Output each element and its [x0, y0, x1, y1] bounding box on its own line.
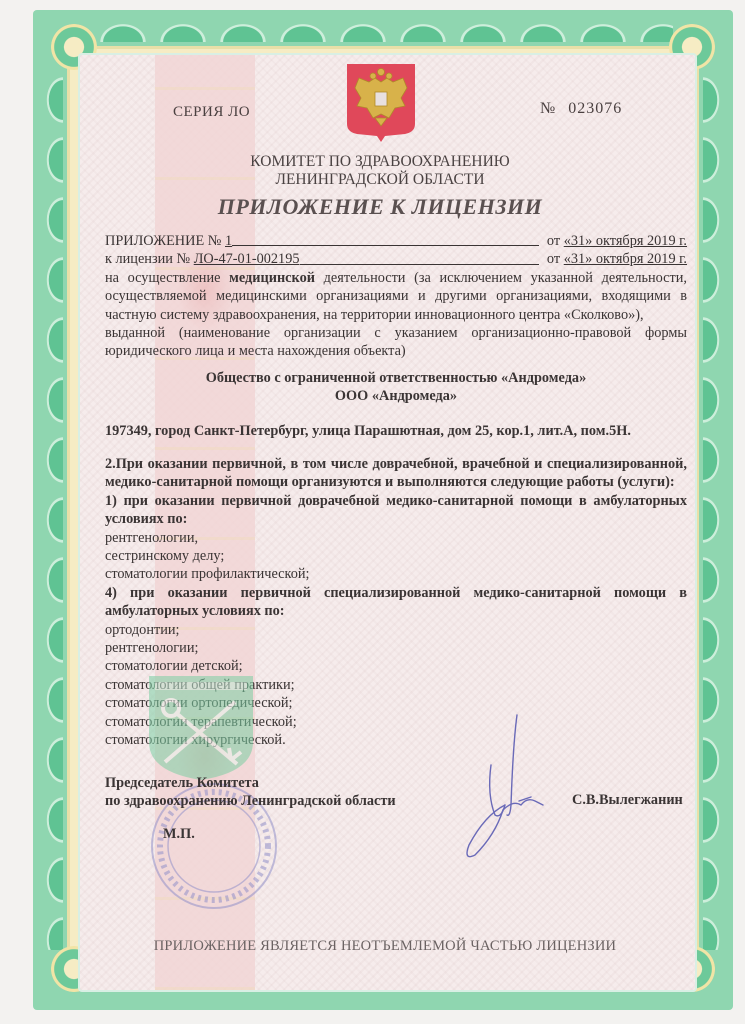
- service-item: рентгенологии,: [105, 529, 687, 547]
- signer-name: С.В.Вылегжанин: [572, 792, 683, 809]
- border-scallop-left: [37, 70, 63, 950]
- footer-note: ПРИЛОЖЕНИЕ ЯВЛЯЕТСЯ НЕОТЪЕМЛЕМОЙ ЧАСТЬЮ …: [120, 938, 650, 955]
- seal-label: М.П.: [163, 826, 195, 843]
- license-number: ЛО-47-01-002195: [194, 251, 300, 267]
- signer-position: Председатель Комитета по здравоохранению…: [105, 774, 396, 811]
- appendix-date: от «31» октября 2019 г.: [547, 232, 687, 250]
- issuer-line-1: КОМИТЕТ ПО ЗДРАВООХРАНЕНИЮ: [180, 153, 580, 171]
- issuing-authority: КОМИТЕТ ПО ЗДРАВООХРАНЕНИЮ ЛЕНИНГРАДСКОЙ…: [180, 153, 580, 189]
- series-label: СЕРИЯ ЛО: [173, 104, 250, 121]
- number-sign: №: [540, 100, 556, 117]
- activity-kind: медицинской: [229, 270, 315, 286]
- position-line-2: по здравоохранению Ленинградской области: [105, 792, 396, 810]
- appendix-number-line: ПРИЛОЖЕНИЕ № 1 от «31» октября 2019 г.: [105, 232, 687, 250]
- issuer-line-2: ЛЕНИНГРАДСКОЙ ОБЛАСТИ: [180, 171, 580, 189]
- organization-address: 197349, город Санкт-Петербург, улица Пар…: [105, 422, 687, 440]
- organization-full-name: Общество с ограниченной ответственностью…: [105, 369, 687, 387]
- leningrad-region-arms-icon: [145, 672, 257, 782]
- organization-name: Общество с ограниченной ответственностью…: [105, 369, 687, 406]
- border-scallop-top: [93, 14, 673, 42]
- services-intro: 2.При оказании первичной, в том числе до…: [105, 455, 687, 492]
- appendix-number: 1: [225, 233, 232, 249]
- service-item: рентгенологии;: [105, 639, 687, 657]
- fill-line: [232, 232, 539, 246]
- number-value: 023076: [568, 100, 622, 117]
- license-number-line: к лицензии № ЛО-47-01-002195 от «31» окт…: [105, 250, 687, 268]
- license-date: от «31» октября 2019 г.: [547, 250, 687, 268]
- appendix-fields: ПРИЛОЖЕНИЕ № 1 от «31» октября 2019 г. к…: [105, 232, 687, 361]
- services-section-1-heading: 1) при оказании первичной доврачебной ме…: [105, 492, 687, 529]
- issued-note: выданной (наименование организации с ука…: [105, 324, 687, 361]
- coat-of-arms-russia-icon: [345, 62, 417, 144]
- activity-description: на осуществление медицинской деятельност…: [105, 269, 687, 324]
- service-item: сестринскому делу;: [105, 547, 687, 565]
- document-number: №023076: [540, 100, 622, 118]
- border-scallop-right: [703, 70, 729, 950]
- position-line-1: Председатель Комитета: [105, 774, 396, 792]
- organization-short-name: ООО «Андромеда»: [105, 387, 687, 405]
- services-section-4-heading: 4) при оказании первичной специализирова…: [105, 584, 687, 621]
- service-item: ортодонтии;: [105, 621, 687, 639]
- handwritten-signature-icon: [455, 705, 555, 865]
- license-label: к лицензии № ЛО-47-01-002195: [105, 250, 300, 268]
- fill-line: [300, 250, 539, 264]
- appendix-label: ПРИЛОЖЕНИЕ № 1: [105, 232, 232, 250]
- service-item: стоматологии профилактической;: [105, 565, 687, 583]
- document-title: ПРИЛОЖЕНИЕ К ЛИЦЕНЗИИ: [180, 194, 580, 220]
